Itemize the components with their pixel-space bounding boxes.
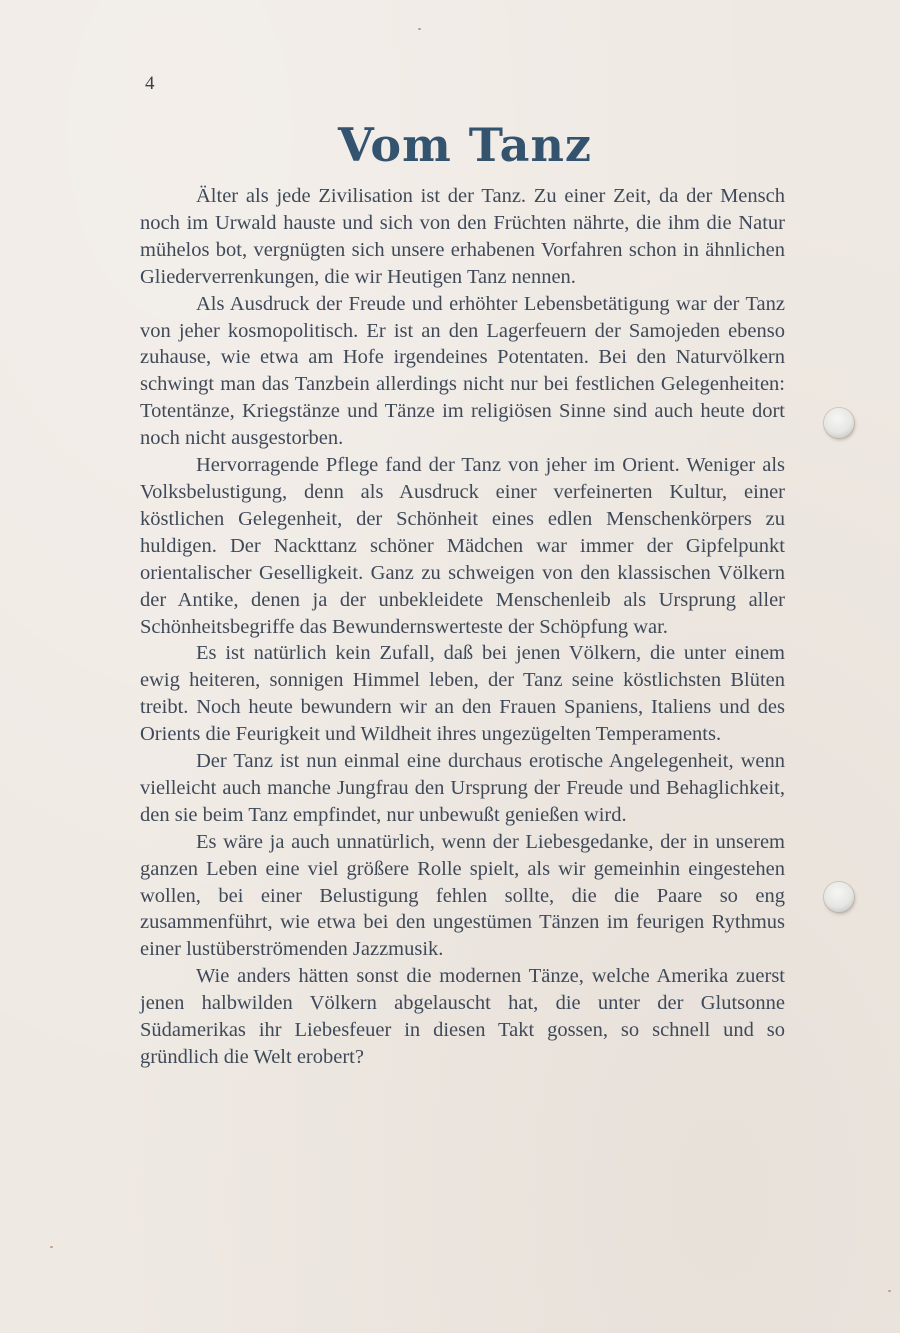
paragraph: Hervorragende Pflege fand der Tanz von j… [140,452,785,640]
paragraph: Es ist natürlich kein Zufall, daß bei je… [140,640,785,748]
paragraph: Wie anders hätten sonst die modernen Tän… [140,963,785,1071]
paper-speck [888,1290,891,1292]
page-title: Vom Tanz [0,118,900,172]
paragraph: Es wäre ja auch unnatürlich, wenn der Li… [140,829,785,964]
paragraph: Der Tanz ist nun einmal eine durchaus er… [140,748,785,829]
paragraph: Als Ausdruck der Freude und erhöhter Leb… [140,291,785,452]
article-body: Älter als jede Zivilisation ist der Tanz… [140,183,785,1071]
punch-hole [824,408,854,438]
page-number: 4 [145,73,155,95]
paper-speck [50,1246,53,1248]
paragraph: Älter als jede Zivilisation ist der Tanz… [140,183,785,291]
punch-hole [824,882,854,912]
paper-speck [418,28,421,30]
